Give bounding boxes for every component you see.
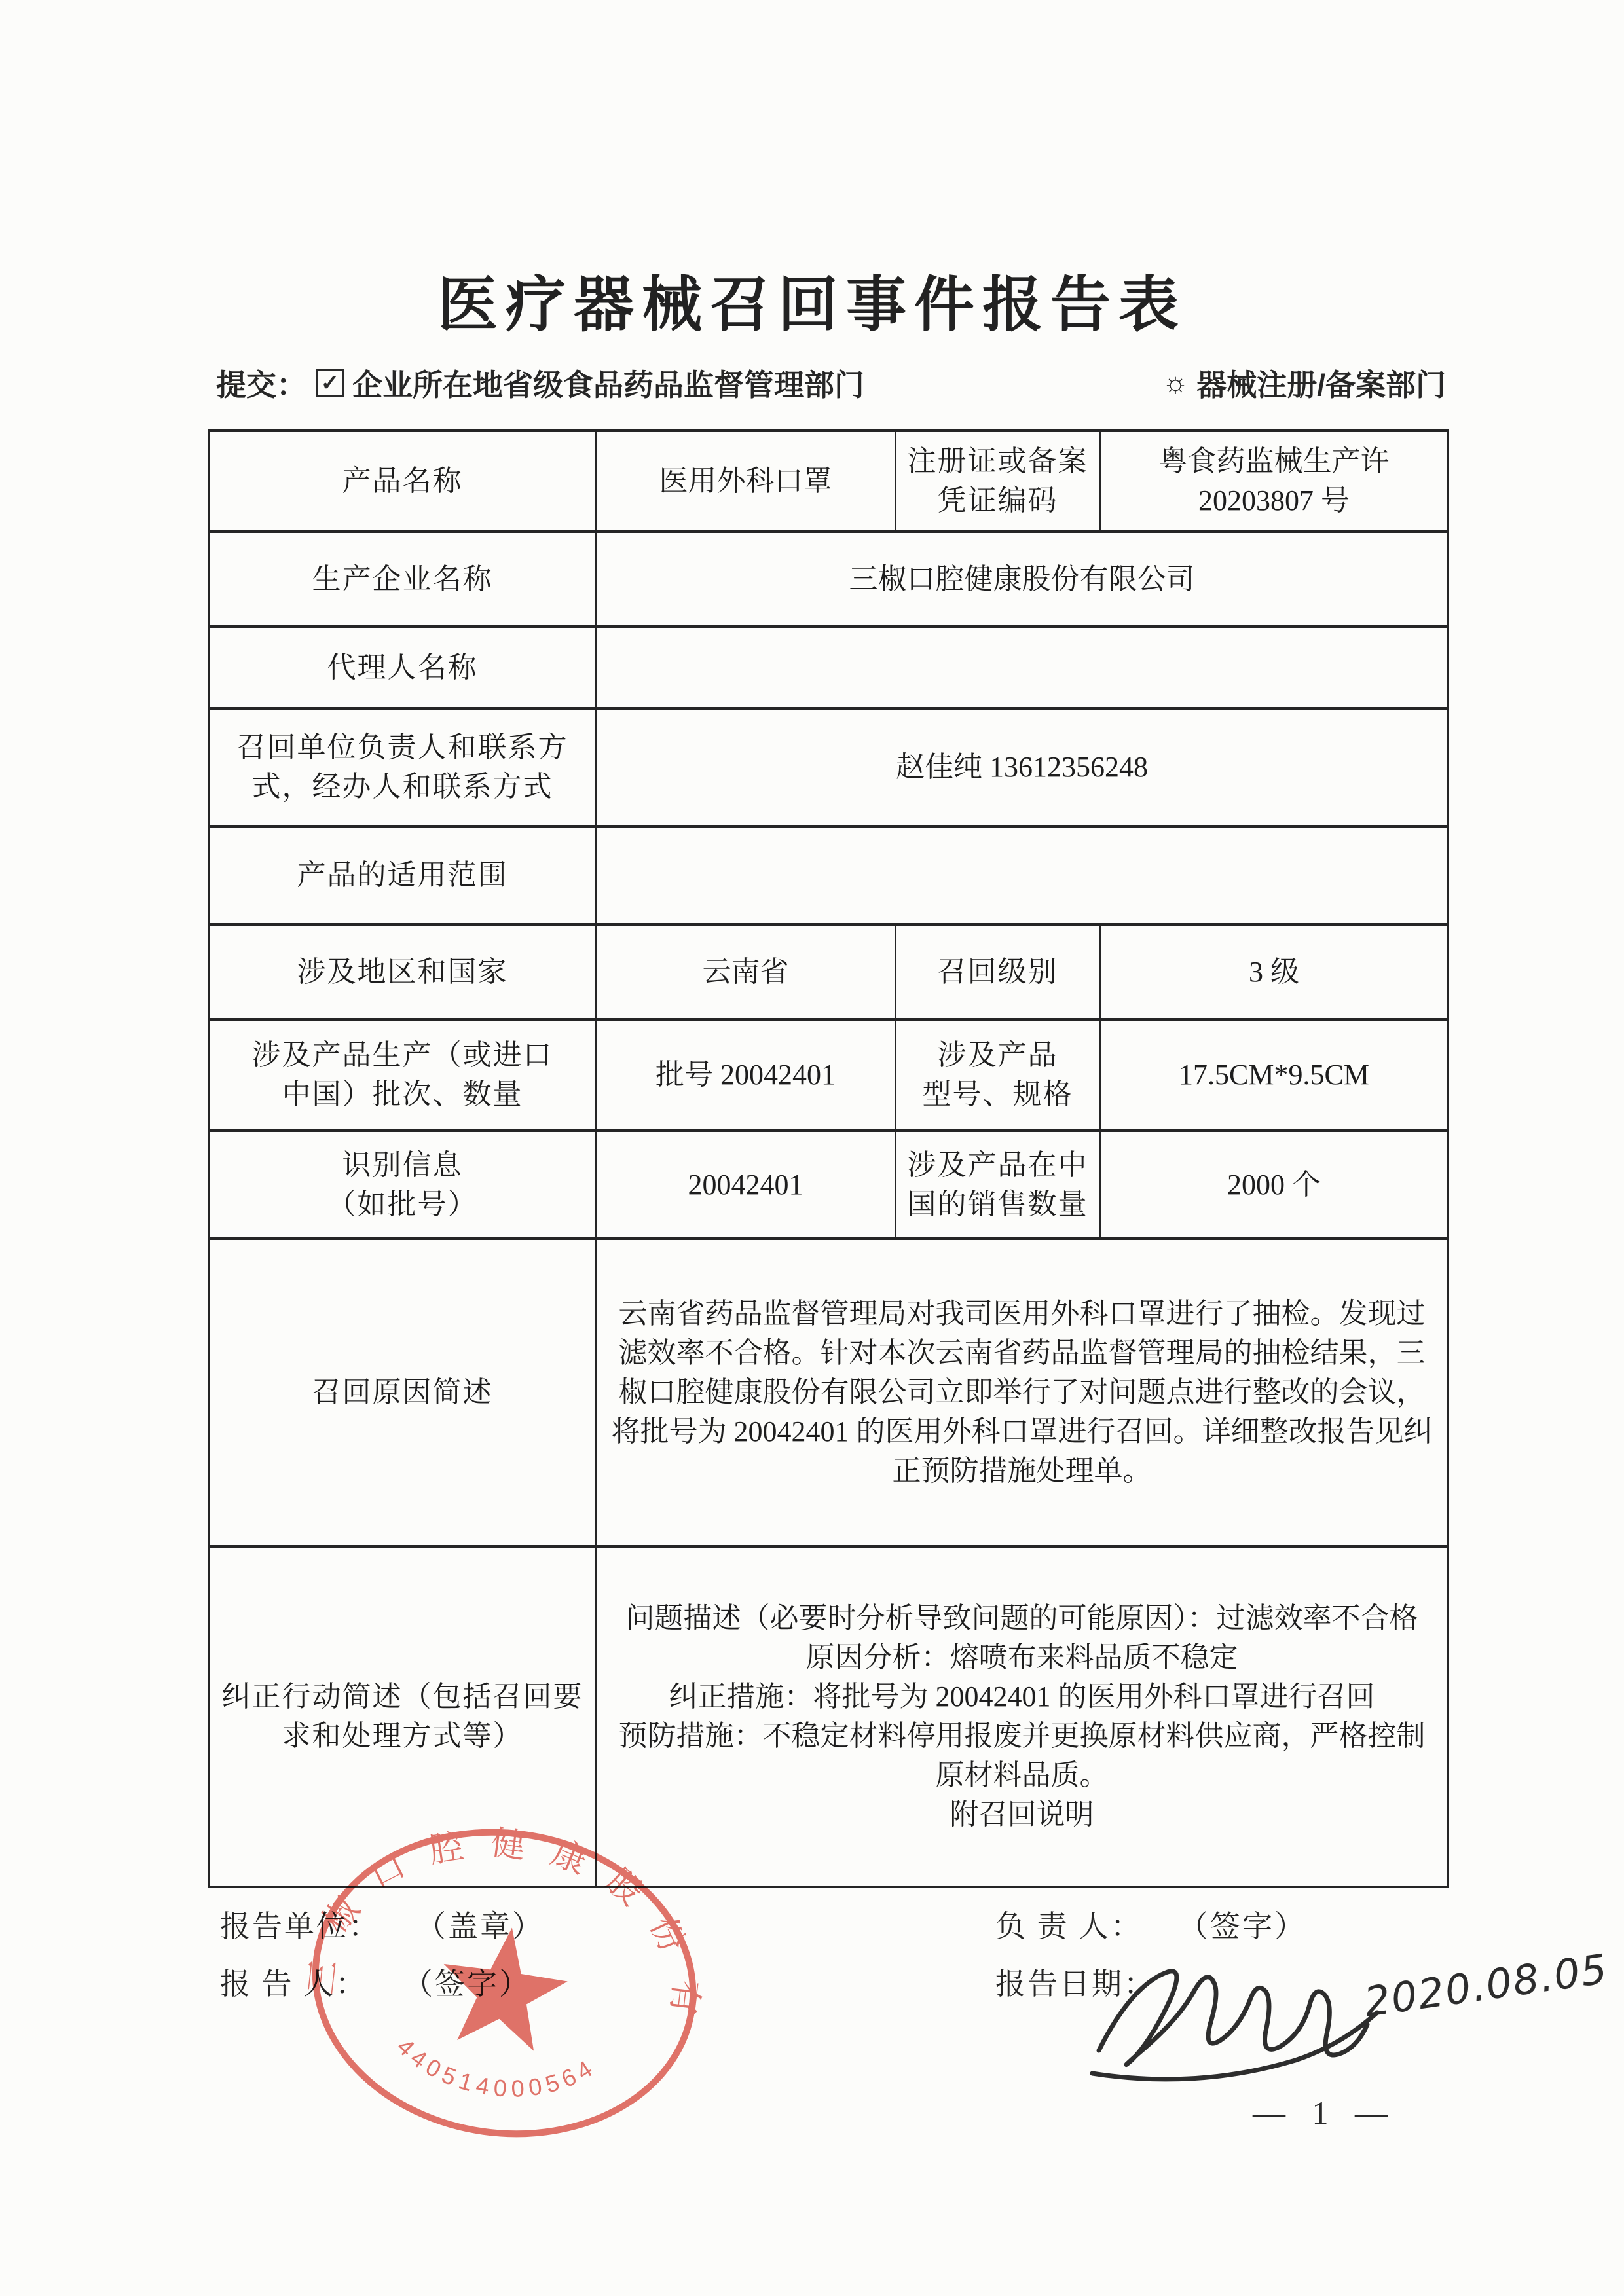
submit-option-province: 提交： ✓ 企业所在地省级食品药品监督管理部门	[216, 361, 864, 405]
product-scope-label: 产品的适用范围	[210, 826, 596, 924]
table-row: 产品名称 医用外科口罩 注册证或备案 凭证编码 粤食药监械生产许 2020380…	[210, 431, 1449, 532]
recall-reason-value: 云南省药品监督管理局对我司医用外科口罩进行了抽检。发现过滤效率不合格。针对本次云…	[596, 1239, 1449, 1546]
table-row: 召回原因简述 云南省药品监督管理局对我司医用外科口罩进行了抽检。发现过滤效率不合…	[210, 1239, 1449, 1546]
sales-qty-label: 涉及产品在中 国的销售数量	[896, 1131, 1100, 1239]
sun-bullet-icon: ☼	[1162, 367, 1189, 399]
report-page: 医疗器械召回事件报告表 提交： ✓ 企业所在地省级食品药品监督管理部门 ☼ 器械…	[0, 0, 1624, 2296]
recall-contact-value: 赵佳纯 13612356248	[596, 708, 1449, 826]
batch-quantity-value: 批号 20042401	[596, 1019, 896, 1131]
handwritten-signature	[1079, 1926, 1387, 2090]
recall-level-value: 3 级	[1100, 924, 1449, 1019]
submit-option-1-label: 企业所在地省级食品药品监督管理部门	[352, 361, 864, 405]
batch-quantity-label: 涉及产品生产（或进口 中国）批次、数量	[210, 1019, 596, 1131]
submit-option-2-label: 器械注册/备案部门	[1196, 361, 1446, 405]
model-spec-value: 17.5CM*9.5CM	[1100, 1019, 1449, 1131]
handwritten-date: 2020.08.05	[1361, 1944, 1612, 2026]
product-scope-value	[596, 826, 1449, 924]
identification-value: 20042401	[596, 1131, 896, 1239]
regions-value: 云南省	[596, 924, 896, 1019]
manufacturer-label: 生产企业名称	[210, 532, 596, 627]
submit-line: 提交： ✓ 企业所在地省级食品药品监督管理部门 ☼ 器械注册/备案部门	[216, 361, 1446, 405]
submit-label: 提交：	[216, 361, 306, 405]
signature-underline-stroke	[1092, 2013, 1377, 2079]
table-row: 召回单位负责人和联系方 式，经办人和联系方式 赵佳纯 13612356248	[210, 708, 1449, 826]
table-row: 代理人名称	[210, 627, 1449, 708]
table-row: 涉及产品生产（或进口 中国）批次、数量 批号 20042401 涉及产品 型号、…	[210, 1019, 1449, 1131]
identification-label: 识别信息 （如批号）	[210, 1131, 596, 1239]
signature-stroke	[1099, 1971, 1367, 2065]
recall-report-table: 产品名称 医用外科口罩 注册证或备案 凭证编码 粤食药监械生产许 2020380…	[208, 429, 1449, 1888]
page-number: — 1 —	[1243, 2094, 1407, 2132]
checkbox-checked-icon: ✓	[316, 369, 344, 397]
recall-contact-label: 召回单位负责人和联系方 式，经办人和联系方式	[210, 708, 596, 826]
table-row: 生产企业名称 三椒口腔健康股份有限公司	[210, 532, 1449, 627]
registration-no-label: 注册证或备案 凭证编码	[896, 431, 1100, 532]
sales-qty-value: 2000 个	[1100, 1131, 1449, 1239]
regions-label: 涉及地区和国家	[210, 924, 596, 1019]
submit-option-registry: ☼ 器械注册/备案部门	[1162, 361, 1446, 405]
agent-name-label: 代理人名称	[210, 627, 596, 708]
recall-reason-label: 召回原因简述	[210, 1239, 596, 1546]
recall-level-label: 召回级别	[896, 924, 1100, 1019]
product-name-label: 产品名称	[210, 431, 596, 532]
table-row: 产品的适用范围	[210, 826, 1449, 924]
corrective-action-value: 问题描述（必要时分析导致问题的可能原因）：过滤效率不合格 原因分析：熔喷布来料品…	[596, 1546, 1449, 1887]
table-row: 涉及地区和国家 云南省 召回级别 3 级	[210, 924, 1449, 1019]
manufacturer-value: 三椒口腔健康股份有限公司	[596, 532, 1449, 627]
page-title: 医疗器械召回事件报告表	[0, 257, 1624, 343]
agent-name-value	[596, 627, 1449, 708]
registration-no-value: 粤食药监械生产许 20203807 号	[1100, 431, 1449, 532]
table-row: 识别信息 （如批号） 20042401 涉及产品在中 国的销售数量 2000 个	[210, 1131, 1449, 1239]
company-seal: 三椒口腔健康股份有限公司 4405140005649	[280, 1798, 728, 2168]
product-name-value: 医用外科口罩	[596, 431, 896, 532]
star-icon	[434, 1919, 574, 2054]
model-spec-label: 涉及产品 型号、规格	[896, 1019, 1100, 1131]
